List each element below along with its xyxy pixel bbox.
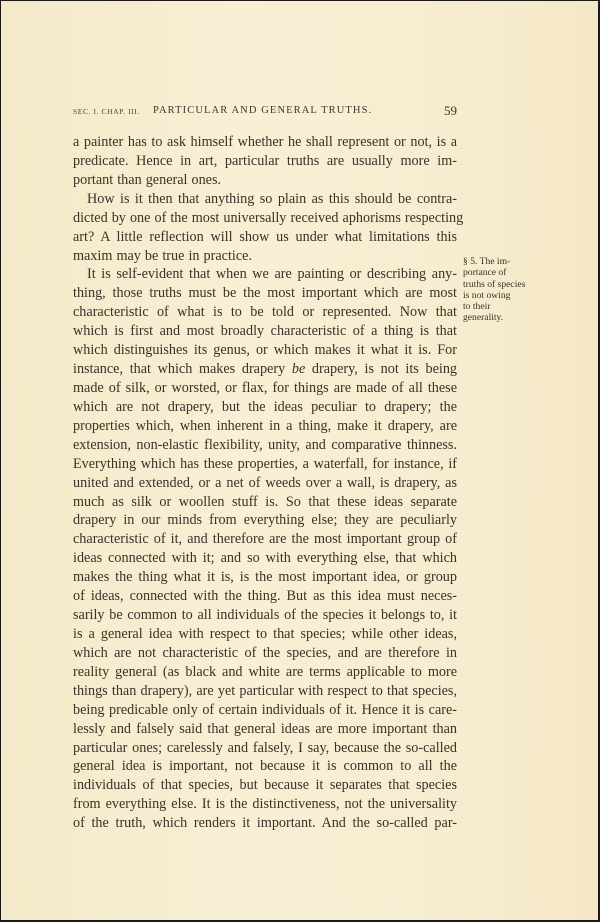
running-head: SEC. I. CHAP. III. PARTICULAR AND GENERA…: [73, 105, 457, 121]
paragraph-3: It is self-evident that when we are pain…: [73, 265, 457, 833]
text-line: made of silk, or worsted, or flax, for t…: [73, 379, 457, 398]
text-line: united and extended, or a net of weeds o…: [73, 474, 457, 493]
text-line: It is self-evident that when we are pain…: [73, 265, 457, 284]
text-line: individuals of that species, but because…: [73, 776, 457, 795]
running-head-section: SEC. I. CHAP. III.: [73, 107, 140, 116]
text-line: ideas connected with it; and so with eve…: [73, 549, 457, 568]
text-line: general idea is important, not because i…: [73, 757, 457, 776]
text-line: sarily be common to all individuals of t…: [73, 606, 457, 625]
sidenote-line: portance of: [463, 267, 555, 278]
text-line: Everything which has these properties, a…: [73, 455, 457, 474]
text-line: thing, those truths must be the most imp…: [73, 284, 457, 303]
book-page: SEC. I. CHAP. III. PARTICULAR AND GENERA…: [1, 1, 598, 920]
text-line: particular ones; carelessly and falsely,…: [73, 739, 457, 758]
paragraph-1: a painter has to ask himself whether he …: [73, 133, 457, 190]
text-line: extension, non-elastic flexibility, unit…: [73, 436, 457, 455]
text-line: of ideas, connected with the thing. But …: [73, 587, 457, 606]
text-line: which distinguishes its genus, or which …: [73, 341, 457, 360]
text-line: things than drapery), are yet particular…: [73, 682, 457, 701]
text-line: much as silk or woollen stuff is. So tha…: [73, 493, 457, 512]
text-line: which are not characteristic of the spec…: [73, 644, 457, 663]
text-line: a painter has to ask himself whether he …: [73, 133, 457, 152]
running-head-title: PARTICULAR AND GENERAL TRUTHS.: [153, 105, 372, 116]
sidenote-line: is not owing: [463, 290, 555, 301]
sidenote-line: § 5. The im-: [463, 256, 555, 267]
text-line: art? A little reflection will show us un…: [73, 228, 457, 247]
text-line: which are not drapery, but the ideas pec…: [73, 398, 457, 417]
text-line: makes the thing what it is, is the most …: [73, 568, 457, 587]
text-line: from everything else. It is the distinct…: [73, 795, 457, 814]
sidenote-line: generality.: [463, 312, 555, 323]
marginal-sidenote: § 5. The im- portance of truths of speci…: [463, 256, 555, 324]
text-line: is a general idea with respect to that s…: [73, 625, 457, 644]
text-line: predicate. Hence in art, particular trut…: [73, 152, 457, 171]
text-line: lessly and falsely said that general ide…: [73, 720, 457, 739]
text-line: characteristic of what is to be told or …: [73, 303, 457, 322]
text-line: How is it then that anything so plain as…: [73, 190, 457, 209]
text-line: being predicable only of certain individ…: [73, 701, 457, 720]
sidenote-line: to their: [463, 301, 555, 312]
sidenote-line: truths of species: [463, 279, 555, 290]
text-line: dicted by one of the most universally re…: [73, 209, 457, 228]
text-line: portant than general ones.: [73, 171, 457, 190]
text-line: properties which, when inherent in a thi…: [73, 417, 457, 436]
text-line: of the truth, which renders it important…: [73, 814, 457, 833]
text-line: maxim may be true in practice.: [73, 247, 457, 266]
text-line-with-italic: instance, that which makes drapery be dr…: [73, 360, 457, 379]
text-line: which is first and most broadly characte…: [73, 322, 457, 341]
text-line: reality general (as black and white are …: [73, 663, 457, 682]
text-line: characteristic of it, and therefore are …: [73, 530, 457, 549]
text-line: drapery in our minds from everything els…: [73, 511, 457, 530]
page-number: 59: [444, 103, 457, 119]
paragraph-2: How is it then that anything so plain as…: [73, 190, 457, 266]
body-text: a painter has to ask himself whether he …: [73, 133, 457, 833]
italic-emphasis: be: [292, 361, 305, 377]
